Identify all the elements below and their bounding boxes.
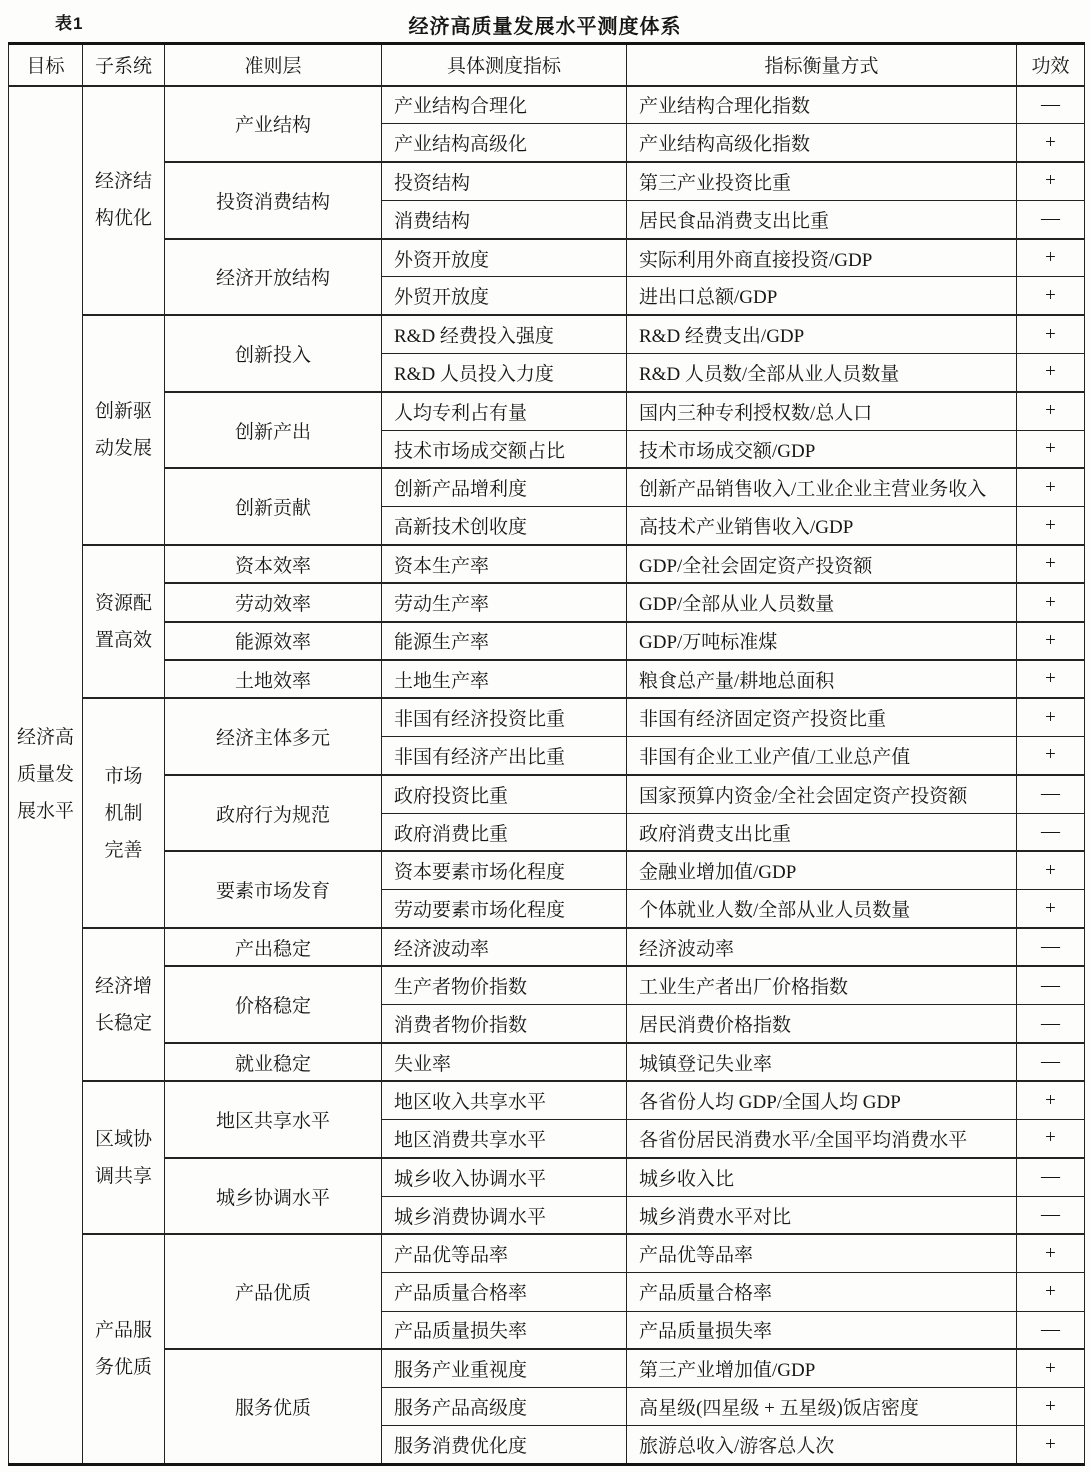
criterion-cell: 城乡协调水平	[165, 1158, 382, 1235]
effect-cell: +	[1017, 315, 1085, 353]
indicator-cell: 外资开放度	[382, 239, 627, 277]
table-row: 区域协 调共享地区共享水平地区收入共享水平各省份人均 GDP/全国人均 GDP+	[9, 1081, 1085, 1119]
criterion-cell: 能源效率	[165, 622, 382, 660]
col-header-criterion: 准则层	[165, 44, 382, 86]
measure-cell: R&D 人员数/全部从业人员数量	[627, 354, 1017, 392]
criterion-cell: 创新产出	[165, 392, 382, 469]
effect-cell: +	[1017, 162, 1085, 200]
measure-cell: 国家预算内资金/全社会固定资产投资额	[627, 775, 1017, 813]
page-title: 经济高质量发展水平测度体系	[0, 6, 1090, 39]
indicator-cell: 创新产品增利度	[382, 468, 627, 506]
measure-cell: 创新产品销售收入/工业企业主营业务收入	[627, 468, 1017, 506]
table-row: 劳动效率劳动生产率GDP/全部从业人员数量+	[9, 583, 1085, 621]
table-row: 土地效率土地生产率粮食总产量/耕地总面积+	[9, 660, 1085, 698]
indicator-cell: 地区收入共享水平	[382, 1081, 627, 1119]
indicator-cell: 地区消费共享水平	[382, 1120, 627, 1158]
effect-cell: +	[1017, 1349, 1085, 1387]
measure-cell: 高技术产业销售收入/GDP	[627, 507, 1017, 545]
criterion-cell: 劳动效率	[165, 583, 382, 621]
indicator-cell: 产业结构合理化	[382, 86, 627, 124]
criterion-cell: 就业稳定	[165, 1043, 382, 1081]
effect-cell: —	[1017, 1196, 1085, 1234]
measure-cell: 金融业增加值/GDP	[627, 851, 1017, 889]
effect-cell: +	[1017, 124, 1085, 162]
indicator-cell: 经济波动率	[382, 928, 627, 966]
effect-cell: —	[1017, 1158, 1085, 1196]
effect-cell: +	[1017, 1388, 1085, 1426]
criterion-cell: 服务优质	[165, 1349, 382, 1464]
criterion-cell: 土地效率	[165, 660, 382, 698]
effect-cell: +	[1017, 1120, 1085, 1158]
indicator-cell: 资本生产率	[382, 545, 627, 583]
measure-cell: 第三产业增加值/GDP	[627, 1349, 1017, 1387]
col-header-subsystem: 子系统	[83, 44, 165, 86]
effect-cell: +	[1017, 239, 1085, 277]
table-row: 政府行为规范政府投资比重国家预算内资金/全社会固定资产投资额—	[9, 775, 1085, 813]
criterion-cell: 价格稳定	[165, 966, 382, 1043]
effect-cell: —	[1017, 1311, 1085, 1349]
criterion-cell: 投资消费结构	[165, 162, 382, 239]
subsystem-cell: 区域协 调共享	[83, 1081, 165, 1234]
measure-cell: GDP/全社会固定资产投资额	[627, 545, 1017, 583]
indicator-cell: 人均专利占有量	[382, 392, 627, 430]
measurement-table: 目标 子系统 准则层 具体测度指标 指标衡量方式 功效 经济高 质量发 展水平经…	[8, 42, 1085, 1466]
criterion-cell: 地区共享水平	[165, 1081, 382, 1158]
table-row: 要素市场发育资本要素市场化程度金融业增加值/GDP+	[9, 851, 1085, 889]
effect-cell: +	[1017, 660, 1085, 698]
effect-cell: —	[1017, 928, 1085, 966]
measure-cell: 工业生产者出厂价格指数	[627, 966, 1017, 1004]
indicator-cell: 非国有经济投资比重	[382, 698, 627, 736]
measure-cell: 城镇登记失业率	[627, 1043, 1017, 1081]
measure-cell: 技术市场成交额/GDP	[627, 430, 1017, 468]
indicator-cell: R&D 人员投入力度	[382, 354, 627, 392]
indicator-cell: R&D 经费投入强度	[382, 315, 627, 353]
indicator-cell: 劳动要素市场化程度	[382, 890, 627, 928]
measure-cell: 个体就业人数/全部从业人员数量	[627, 890, 1017, 928]
indicator-cell: 消费者物价指数	[382, 1005, 627, 1043]
indicator-cell: 政府消费比重	[382, 813, 627, 851]
goal-cell: 经济高 质量发 展水平	[9, 86, 83, 1465]
criterion-cell: 产出稳定	[165, 928, 382, 966]
criterion-cell: 政府行为规范	[165, 775, 382, 852]
criterion-cell: 创新贡献	[165, 468, 382, 545]
criterion-cell: 产业结构	[165, 86, 382, 163]
effect-cell: +	[1017, 890, 1085, 928]
measure-cell: 产业结构高级化指数	[627, 124, 1017, 162]
table-row: 投资消费结构投资结构第三产业投资比重+	[9, 162, 1085, 200]
indicator-cell: 高新技术创收度	[382, 507, 627, 545]
subsystem-cell: 资源配 置高效	[83, 545, 165, 698]
criterion-cell: 资本效率	[165, 545, 382, 583]
effect-cell: —	[1017, 966, 1085, 1004]
header-row: 目标 子系统 准则层 具体测度指标 指标衡量方式 功效	[9, 44, 1085, 86]
measure-cell: 非国有经济固定资产投资比重	[627, 698, 1017, 736]
indicator-cell: 失业率	[382, 1043, 627, 1081]
measure-cell: 产业结构合理化指数	[627, 86, 1017, 124]
indicator-cell: 外贸开放度	[382, 277, 627, 315]
effect-cell: +	[1017, 1273, 1085, 1311]
indicator-cell: 投资结构	[382, 162, 627, 200]
measure-cell: 各省份人均 GDP/全国人均 GDP	[627, 1081, 1017, 1119]
table-row: 资源配 置高效资本效率资本生产率GDP/全社会固定资产投资额+	[9, 545, 1085, 583]
indicator-cell: 服务产业重视度	[382, 1349, 627, 1387]
table-row: 城乡协调水平城乡收入协调水平城乡收入比—	[9, 1158, 1085, 1196]
measure-cell: 第三产业投资比重	[627, 162, 1017, 200]
effect-cell: —	[1017, 86, 1085, 124]
measure-cell: GDP/全部从业人员数量	[627, 583, 1017, 621]
table-row: 市场 机制 完善经济主体多元非国有经济投资比重非国有经济固定资产投资比重+	[9, 698, 1085, 736]
col-header-goal: 目标	[9, 44, 83, 86]
effect-cell: —	[1017, 775, 1085, 813]
effect-cell: —	[1017, 200, 1085, 238]
effect-cell: +	[1017, 1234, 1085, 1272]
col-header-indicator: 具体测度指标	[382, 44, 627, 86]
table-row: 创新驱 动发展创新投入R&D 经费投入强度R&D 经费支出/GDP+	[9, 315, 1085, 353]
table-row: 产品服 务优质产品优质产品优等品率产品优等品率+	[9, 1234, 1085, 1272]
measure-cell: 政府消费支出比重	[627, 813, 1017, 851]
effect-cell: +	[1017, 1426, 1085, 1464]
measure-cell: 高星级(四星级 + 五星级)饭店密度	[627, 1388, 1017, 1426]
measure-cell: 国内三种专利授权数/总人口	[627, 392, 1017, 430]
indicator-cell: 劳动生产率	[382, 583, 627, 621]
table-row: 经济开放结构外资开放度实际利用外商直接投资/GDP+	[9, 239, 1085, 277]
measure-cell: 产品质量合格率	[627, 1273, 1017, 1311]
table-label: 表1	[55, 9, 83, 34]
effect-cell: —	[1017, 1005, 1085, 1043]
effect-cell: +	[1017, 1081, 1085, 1119]
col-header-effect: 功效	[1017, 44, 1085, 86]
measure-cell: 旅游总收入/游客总人次	[627, 1426, 1017, 1464]
subsystem-cell: 市场 机制 完善	[83, 698, 165, 928]
effect-cell: +	[1017, 851, 1085, 889]
measure-cell: 粮食总产量/耕地总面积	[627, 660, 1017, 698]
effect-cell: +	[1017, 583, 1085, 621]
indicator-cell: 政府投资比重	[382, 775, 627, 813]
table-row: 能源效率能源生产率GDP/万吨标准煤+	[9, 622, 1085, 660]
criterion-cell: 经济主体多元	[165, 698, 382, 775]
effect-cell: +	[1017, 545, 1085, 583]
table-row: 经济高 质量发 展水平经济结 构优化产业结构产业结构合理化产业结构合理化指数—	[9, 86, 1085, 124]
subsystem-cell: 产品服 务优质	[83, 1234, 165, 1464]
effect-cell: +	[1017, 507, 1085, 545]
indicator-cell: 土地生产率	[382, 660, 627, 698]
measure-cell: 经济波动率	[627, 928, 1017, 966]
criterion-cell: 产品优质	[165, 1234, 382, 1349]
col-header-measure: 指标衡量方式	[627, 44, 1017, 86]
effect-cell: +	[1017, 430, 1085, 468]
indicator-cell: 能源生产率	[382, 622, 627, 660]
measure-cell: GDP/万吨标准煤	[627, 622, 1017, 660]
table-row: 就业稳定失业率城镇登记失业率—	[9, 1043, 1085, 1081]
effect-cell: —	[1017, 1043, 1085, 1081]
indicator-cell: 非国有经济产出比重	[382, 737, 627, 775]
indicator-cell: 城乡消费协调水平	[382, 1196, 627, 1234]
criterion-cell: 要素市场发育	[165, 851, 382, 928]
effect-cell: +	[1017, 277, 1085, 315]
subsystem-cell: 经济增 长稳定	[83, 928, 165, 1081]
subsystem-cell: 创新驱 动发展	[83, 315, 165, 545]
table-row: 服务优质服务产业重视度第三产业增加值/GDP+	[9, 1349, 1085, 1387]
indicator-cell: 产业结构高级化	[382, 124, 627, 162]
criterion-cell: 创新投入	[165, 315, 382, 392]
measure-cell: 居民消费价格指数	[627, 1005, 1017, 1043]
effect-cell: +	[1017, 392, 1085, 430]
table-row: 创新贡献创新产品增利度创新产品销售收入/工业企业主营业务收入+	[9, 468, 1085, 506]
measure-cell: 进出口总额/GDP	[627, 277, 1017, 315]
indicator-cell: 产品质量损失率	[382, 1311, 627, 1349]
table-body: 经济高 质量发 展水平经济结 构优化产业结构产业结构合理化产业结构合理化指数—产…	[9, 86, 1085, 1465]
indicator-cell: 消费结构	[382, 200, 627, 238]
indicator-cell: 服务产品高级度	[382, 1388, 627, 1426]
indicator-cell: 资本要素市场化程度	[382, 851, 627, 889]
subsystem-cell: 经济结 构优化	[83, 86, 165, 316]
measure-cell: 各省份居民消费水平/全国平均消费水平	[627, 1120, 1017, 1158]
measure-cell: 城乡收入比	[627, 1158, 1017, 1196]
indicator-cell: 服务消费优化度	[382, 1426, 627, 1464]
measure-cell: R&D 经费支出/GDP	[627, 315, 1017, 353]
title-bar: 表1 经济高质量发展水平测度体系	[0, 0, 1090, 42]
measure-cell: 实际利用外商直接投资/GDP	[627, 239, 1017, 277]
indicator-cell: 生产者物价指数	[382, 966, 627, 1004]
measure-cell: 产品质量损失率	[627, 1311, 1017, 1349]
measure-cell: 城乡消费水平对比	[627, 1196, 1017, 1234]
effect-cell: +	[1017, 354, 1085, 392]
effect-cell: +	[1017, 698, 1085, 736]
measure-cell: 产品优等品率	[627, 1234, 1017, 1272]
effect-cell: +	[1017, 737, 1085, 775]
measure-cell: 居民食品消费支出比重	[627, 200, 1017, 238]
table-row: 价格稳定生产者物价指数工业生产者出厂价格指数—	[9, 966, 1085, 1004]
effect-cell: +	[1017, 468, 1085, 506]
indicator-cell: 技术市场成交额占比	[382, 430, 627, 468]
effect-cell: —	[1017, 813, 1085, 851]
indicator-cell: 产品质量合格率	[382, 1273, 627, 1311]
table-row: 创新产出人均专利占有量国内三种专利授权数/总人口+	[9, 392, 1085, 430]
indicator-cell: 城乡收入协调水平	[382, 1158, 627, 1196]
criterion-cell: 经济开放结构	[165, 239, 382, 316]
indicator-cell: 产品优等品率	[382, 1234, 627, 1272]
measure-cell: 非国有企业工业产值/工业总产值	[627, 737, 1017, 775]
table-row: 经济增 长稳定产出稳定经济波动率经济波动率—	[9, 928, 1085, 966]
effect-cell: +	[1017, 622, 1085, 660]
